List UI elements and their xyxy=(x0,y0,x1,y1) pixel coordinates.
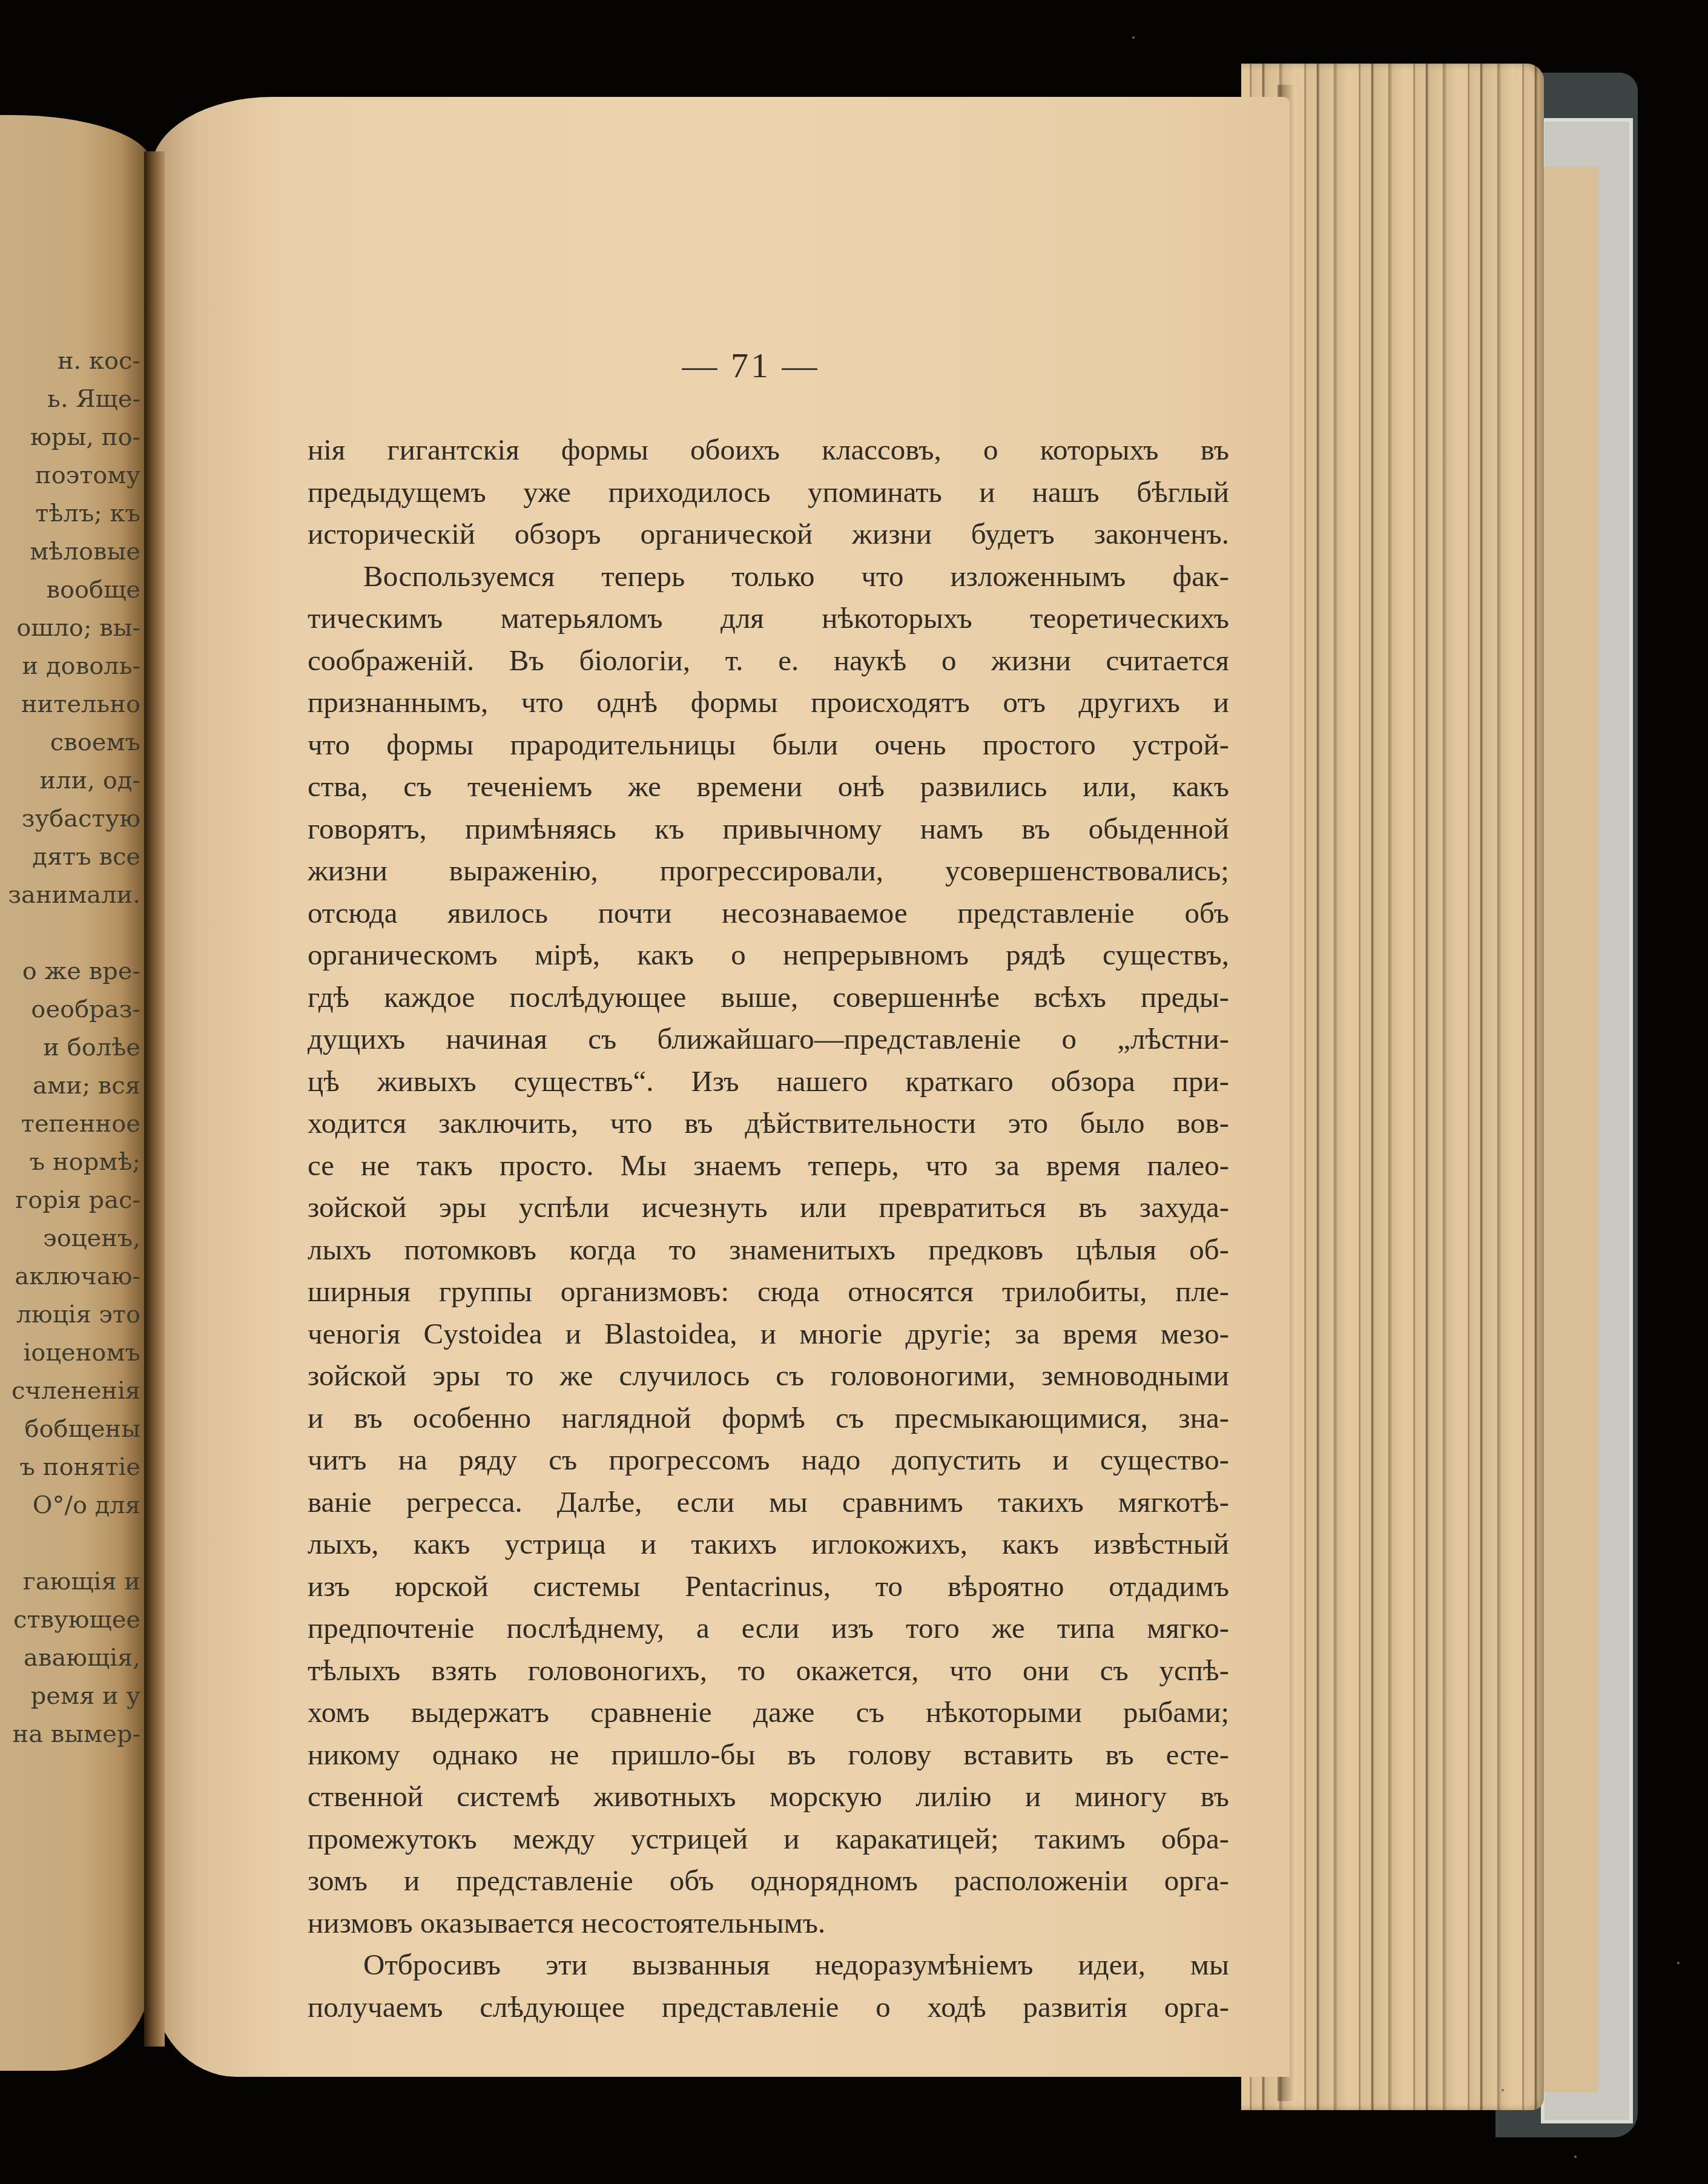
right-page: — 71 — нія гигантскія формы обоихъ класс… xyxy=(151,97,1290,2077)
left-page-line-fragment: нительно xyxy=(0,685,140,724)
text-line: и въ особенно наглядной формѣ съ пресмык… xyxy=(308,1397,1229,1439)
text-line: признаннымъ, что однѣ формы происходятъ … xyxy=(308,681,1229,724)
text-line: говорятъ, примѣняясь къ привычному намъ … xyxy=(308,808,1229,850)
left-page-line-fragment: поэтому xyxy=(0,457,140,495)
text-line: что формы прародительницы были очень про… xyxy=(308,724,1229,766)
left-page-line-fragment: счлененія xyxy=(0,1372,140,1410)
text-line: предпочтеніе послѣднему, а если изъ того… xyxy=(308,1607,1229,1649)
left-page-line-fragment: ремя и у xyxy=(0,1677,140,1715)
text-line: цѣ живыхъ существъ“. Изъ нашего краткаго… xyxy=(308,1060,1229,1103)
left-page-line-fragment: авающія, xyxy=(0,1639,140,1677)
left-page-line-fragment: эоценъ, xyxy=(0,1219,140,1258)
text-line: ченогія Cystoidea и Blastoidea, и многіе… xyxy=(308,1313,1229,1355)
left-page-line-fragment: занимали. xyxy=(0,876,140,914)
dust-speck xyxy=(1677,1962,1680,1964)
dust-speck xyxy=(1502,2089,1504,2091)
text-line: се не такъ просто. Мы знаемъ теперь, что… xyxy=(308,1144,1229,1187)
text-line: ширныя группы организмовъ: сюда относятс… xyxy=(308,1270,1229,1313)
text-line: гдѣ каждое послѣдующее выше, совершеннѣе… xyxy=(308,976,1229,1018)
text-line: органическомъ мірѣ, какъ о непрерывномъ … xyxy=(308,934,1229,976)
left-page-line-fragment: и доволь- xyxy=(0,647,140,685)
text-line: ходится заключить, что въ дѣйствительнос… xyxy=(308,1102,1229,1144)
text-line: тическимъ матерьяломъ для нѣкоторыхъ тео… xyxy=(308,597,1229,639)
text-line: ваніе регресса. Далѣе, если мы сравнимъ … xyxy=(308,1481,1229,1523)
text-line: читъ на ряду съ прогрессомъ надо допусти… xyxy=(308,1439,1229,1481)
left-page-line-fragment: о же вре- xyxy=(0,952,140,991)
left-page-line-fragment: своемъ xyxy=(0,724,140,762)
text-line: промежутокъ между устрицей и каракатицей… xyxy=(308,1818,1229,1860)
left-page-text-fragments: н. кос-ь. Яще-юры, по-поэтомутѣлъ; къмѣл… xyxy=(0,342,140,1753)
text-line: лыхъ, какъ устрица и такихъ иглокожихъ, … xyxy=(308,1523,1229,1565)
left-page-line-fragment: и болѣе xyxy=(0,1029,140,1067)
left-page-line-fragment: н. кос- xyxy=(0,342,140,380)
left-page-line-fragment: на вымер- xyxy=(0,1715,140,1753)
page-body-text: нія гигантскія формы обоихъ классовъ, о … xyxy=(308,429,1229,2028)
text-line: Воспользуемся теперь только что изложенн… xyxy=(308,555,1229,598)
dust-speck xyxy=(1132,36,1135,39)
text-line: тѣлыхъ взять головоногихъ, то окажется, … xyxy=(308,1649,1229,1692)
left-page: н. кос-ь. Яще-юры, по-поэтомутѣлъ; къмѣл… xyxy=(0,115,151,2071)
text-line: отсюда явилось почти несознаваемое предс… xyxy=(308,892,1229,934)
text-line: зойской эры то же случилось съ головоног… xyxy=(308,1354,1229,1397)
text-line: ственной системѣ животныхъ морскую лилію… xyxy=(308,1775,1229,1818)
left-page-line-fragment: мѣловые xyxy=(0,533,140,571)
text-line: Отбросивъ эти вызванныя недоразумѣніемъ … xyxy=(308,1944,1229,1986)
left-page-line-fragment: аключаю- xyxy=(0,1258,140,1296)
text-line: предыдущемъ уже приходилось упоминать и … xyxy=(308,471,1229,513)
text-line: изъ юрской системы Pentacrinus, то вѣроя… xyxy=(308,1565,1229,1608)
left-page-line-fragment: оеобраз- xyxy=(0,991,140,1029)
text-line: получаемъ слѣдующее представленіе о ходѣ… xyxy=(308,1986,1229,2028)
text-line: ства, съ теченіемъ же времени онѣ развил… xyxy=(308,765,1229,808)
left-page-line-fragment: ствующее xyxy=(0,1601,140,1639)
left-page-line-fragment: іоценомъ xyxy=(0,1334,140,1372)
text-line: дущихъ начиная съ ближайшаго—представлен… xyxy=(308,1018,1229,1060)
left-page-line-fragment: бобщены xyxy=(0,1410,140,1448)
text-line: низмовъ оказывается несостоятельнымъ. xyxy=(308,1902,1229,1944)
left-page-line-fragment: ошло; вы- xyxy=(0,609,140,647)
left-page-line-fragment: ъ нормѣ; xyxy=(0,1143,140,1181)
left-page-line-fragment: гающія и xyxy=(0,1563,140,1601)
book-spread-photo: н. кос-ь. Яще-юры, по-поэтомутѣлъ; къмѣл… xyxy=(0,0,1708,2184)
text-line: соображеній. Въ біологіи, т. е. наукѣ о … xyxy=(308,639,1229,682)
page-number: — 71 — xyxy=(660,345,842,386)
left-page-line-fragment: юры, по- xyxy=(0,418,140,457)
left-page-line-fragment: или, од- xyxy=(0,762,140,800)
left-page-line-fragment: люція это xyxy=(0,1296,140,1334)
dust-speck xyxy=(1574,2156,1577,2158)
left-page-line-fragment: тѣлъ; къ xyxy=(0,495,140,533)
left-page-line-fragment: ь. Яще- xyxy=(0,380,140,418)
text-line: зойской эры успѣли исчезнуть или преврат… xyxy=(308,1186,1229,1229)
book-gutter xyxy=(144,151,165,2047)
text-line: нія гигантскія формы обоихъ классовъ, о … xyxy=(308,429,1229,471)
left-page-line-fragment: O°/o для xyxy=(0,1486,140,1525)
left-page-line-fragment xyxy=(0,914,140,952)
left-page-line-fragment: зубастую xyxy=(0,800,140,838)
text-line: историческій обзоръ органической жизни б… xyxy=(308,513,1229,555)
text-line: лыхъ потомковъ когда то знаменитыхъ пред… xyxy=(308,1229,1229,1271)
flyleaf xyxy=(1541,167,1598,2092)
text-line: жизни выраженію, прогрессировали, усовер… xyxy=(308,850,1229,892)
left-page-line-fragment: тепенное xyxy=(0,1105,140,1143)
left-page-line-fragment: горія рас- xyxy=(0,1181,140,1219)
text-line: зомъ и представленіе объ однорядномъ рас… xyxy=(308,1859,1229,1902)
left-page-line-fragment: ами; вся xyxy=(0,1067,140,1105)
text-line: хомъ выдержатъ сравненіе даже съ нѣкотор… xyxy=(308,1691,1229,1734)
text-line: никому однако не пришло-бы въ голову вст… xyxy=(308,1734,1229,1776)
left-page-line-fragment: дятъ все xyxy=(0,838,140,876)
left-page-line-fragment xyxy=(0,1525,140,1563)
left-page-line-fragment: ъ понятіе xyxy=(0,1448,140,1486)
left-page-line-fragment: вообще xyxy=(0,571,140,609)
